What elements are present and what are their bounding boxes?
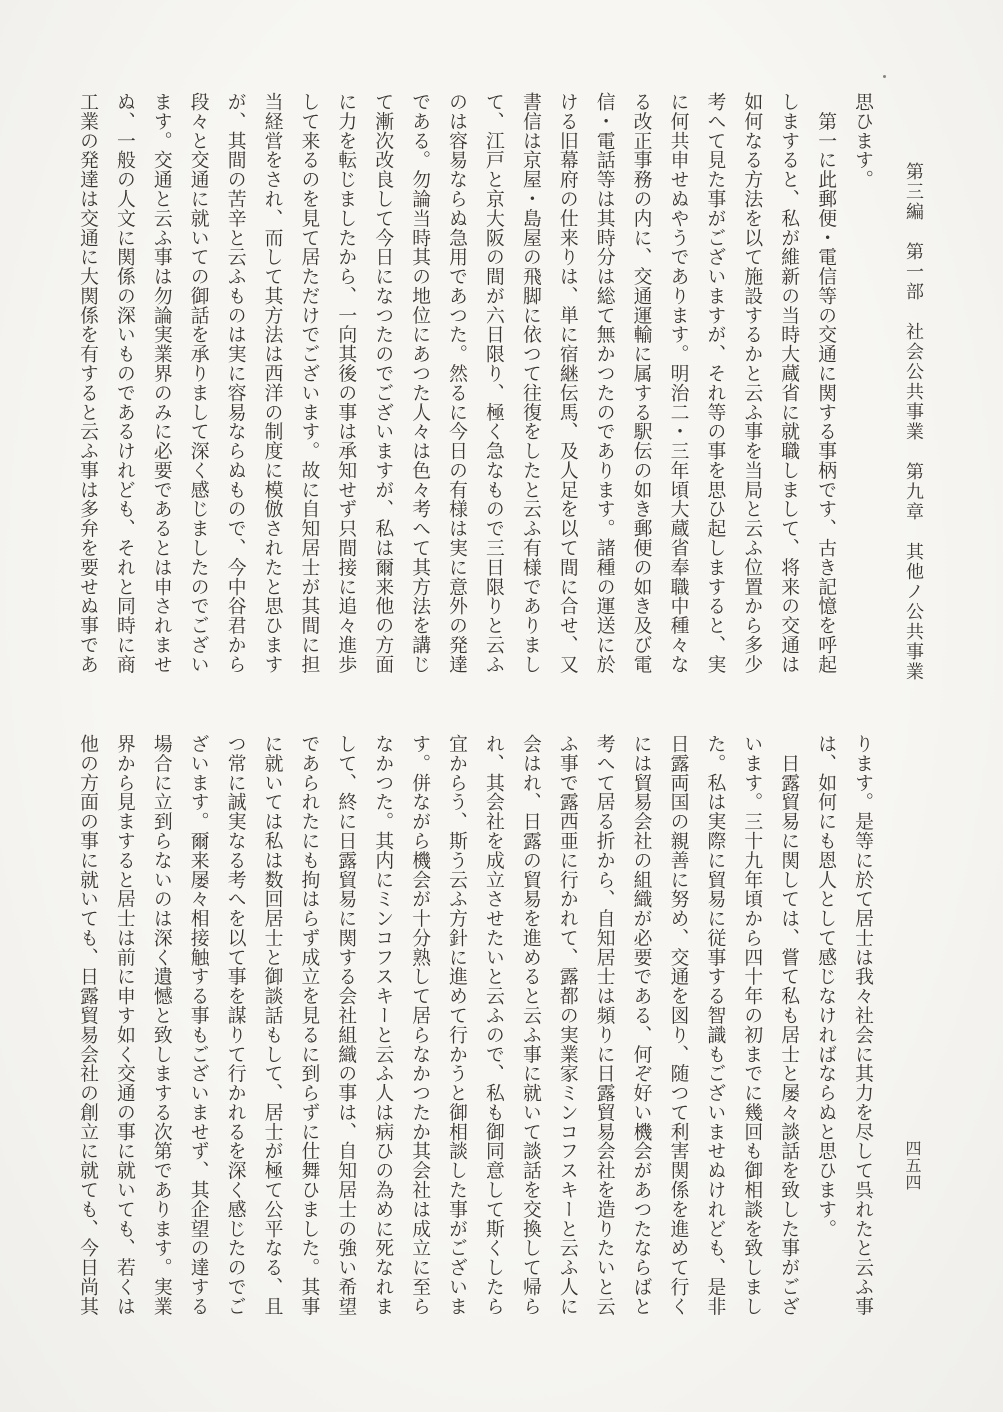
- book-page: 第三編 第一部 社会公共事業 第九章 其他ノ公共事業 思ひます。 第一に此郵便・…: [0, 0, 1003, 1412]
- text-column: なかつた。其内にミンコフスキーと云ふ人は病ひの為めに死なれま: [363, 734, 400, 1319]
- upper-text-block: 思ひます。 第一に此郵便・電信等の交通に関する事柄です、古き記憶を呼起しますると…: [68, 92, 880, 692]
- text-column: して、終に日露貿易に関する会社組織の事は、自知居士の強い希望: [326, 734, 363, 1319]
- text-column: しますると、私が維新の当時大蔵省に就職しまして、将来の交通は: [769, 92, 806, 677]
- lower-text-block: ります。是等に於て居士は我々社会に其力を尽して呉れたと云ふ事は、如何にも恩人とし…: [68, 734, 880, 1334]
- scan-speck: [883, 75, 886, 78]
- text-column: に力を転じましたから、一向其後の事は承知せず只間接に追々進歩: [326, 92, 363, 677]
- text-column: つ常に誠実なる考へを以て事を謀りて行かれるを深く感じたのでご: [216, 734, 253, 1319]
- text-column: 段々と交通に就いての御話を承りまして深く感じましたのでござい: [179, 92, 216, 677]
- text-column: ります。是等に於て居士は我々社会に其力を尽して呉れたと云ふ事: [843, 734, 880, 1319]
- text-column: であられたにも拘はらず成立を見るに到らずに仕舞ひました。其事: [290, 734, 327, 1319]
- text-column: 会はれ、日露の貿易を進めると云ふ事に就いて談話を交換して帰ら: [511, 734, 548, 1319]
- text-column: 第一に此郵便・電信等の交通に関する事柄です、古き記憶を呼起: [806, 92, 843, 677]
- text-column: れ、其会社を成立させたいと云ふので、私も御同意して斯くしたら: [474, 734, 511, 1319]
- text-column: ふ事で露西亜に行かれて、露都の実業家ミンコフスキーと云ふ人に: [548, 734, 585, 1319]
- text-column: 如何なる方法を以て施設するかと云ふ事を当局と云ふ位置から多少: [732, 92, 769, 677]
- text-column: 宜からう、斯う云ふ方針に進めて行かうと御相談した事がございま: [437, 734, 474, 1319]
- text-column: 信・電話等は其時分は総て無かつたのであります。諸種の運送に於: [585, 92, 622, 677]
- text-column: 当経営をされ、而して其方法は西洋の制度に模倣されたと思ひます: [253, 92, 290, 677]
- text-column: ける旧幕府の仕来りは、単に宿継伝馬、及人足を以て間に合せ、又: [548, 92, 585, 677]
- text-column: る改正事務の内に、交通運輸に属する駅伝の如き郵便の如き及び電: [622, 92, 659, 677]
- text-column: が、其間の苦辛と云ふものは実に容易ならぬもので、今中谷君から: [216, 92, 253, 677]
- text-column: には貿易会社の組織が必要である、何ぞ好い機会があつたならばと: [622, 734, 659, 1319]
- text-column: 考へて居る折から、自知居士は頻りに日露貿易会社を造りたいと云: [585, 734, 622, 1319]
- text-column: ぬ、一般の人文に関係の深いものであるけれども、それと同時に商: [105, 92, 142, 677]
- text-column: 場合に立到らないのは深く遺憾と致しまする次第であります。実業: [142, 734, 179, 1319]
- text-column: 日露貿易に関しては、嘗て私も居士と屡々談話を致した事がござ: [769, 734, 806, 1319]
- page-number: 四五四: [902, 1140, 922, 1191]
- text-column: て、江戸と京大阪の間が六日限り、極く急なもので三日限りと云ふ: [474, 92, 511, 677]
- text-column: 他の方面の事に就いても、日露貿易会社の創立に就ても、今日尚其: [68, 734, 105, 1319]
- text-column: に就いては私は数回居士と御談話もして、居士が極て公平なる、且: [253, 734, 290, 1319]
- text-column: である。勿論当時其の地位にあつた人々は色々考へて其方法を講じ: [400, 92, 437, 677]
- running-header: 第三編 第一部 社会公共事業 第九章 其他ノ公共事業: [902, 162, 924, 702]
- text-column: います。三十九年頃から四十年の初までに幾回も御相談を致しまし: [732, 734, 769, 1319]
- text-column: 日露両国の親善に努め、交通を図り、随つて利害関係を進めて行く: [659, 734, 696, 1319]
- text-column: ざいます。爾来屡々相接触する事もございませず、其企望の達する: [179, 734, 216, 1319]
- text-column: 思ひます。: [843, 92, 880, 677]
- text-column: 界から見ますると居士は前に申す如く交通の事に就いても、若くは: [105, 734, 142, 1319]
- text-column: は、如何にも恩人として感じなければならぬと思ひます。: [806, 734, 843, 1319]
- text-column: て漸次改良して今日になつたのでございますが、私は爾来他の方面: [363, 92, 400, 677]
- text-column: して来るのを見て居ただけでございます。故に自知居士が其間に担: [290, 92, 327, 677]
- text-column: に何共申せぬやうであります。明治二・三年頃大蔵省奉職中種々な: [659, 92, 696, 677]
- text-column: ます。交通と云ふ事は勿論実業界のみに必要であるとは申されませ: [142, 92, 179, 677]
- text-column: た。私は実際に貿易に従事する智識もございませぬけれども、是非: [695, 734, 732, 1319]
- text-column: 工業の発達は交通に大関係を有すると云ふ事は多弁を要せぬ事であ: [68, 92, 105, 677]
- text-column: す。併ながら機会が十分熟して居らなかつたか其会社は成立に至ら: [400, 734, 437, 1319]
- text-column: のは容易ならぬ急用であつた。然るに今日の有様は実に意外の発達: [437, 92, 474, 677]
- text-column: 書信は京屋・島屋の飛脚に依つて往復をしたと云ふ有様でありまし: [511, 92, 548, 677]
- text-column: 考へて見た事がございますが、それ等の事を思ひ起しますると、実: [695, 92, 732, 677]
